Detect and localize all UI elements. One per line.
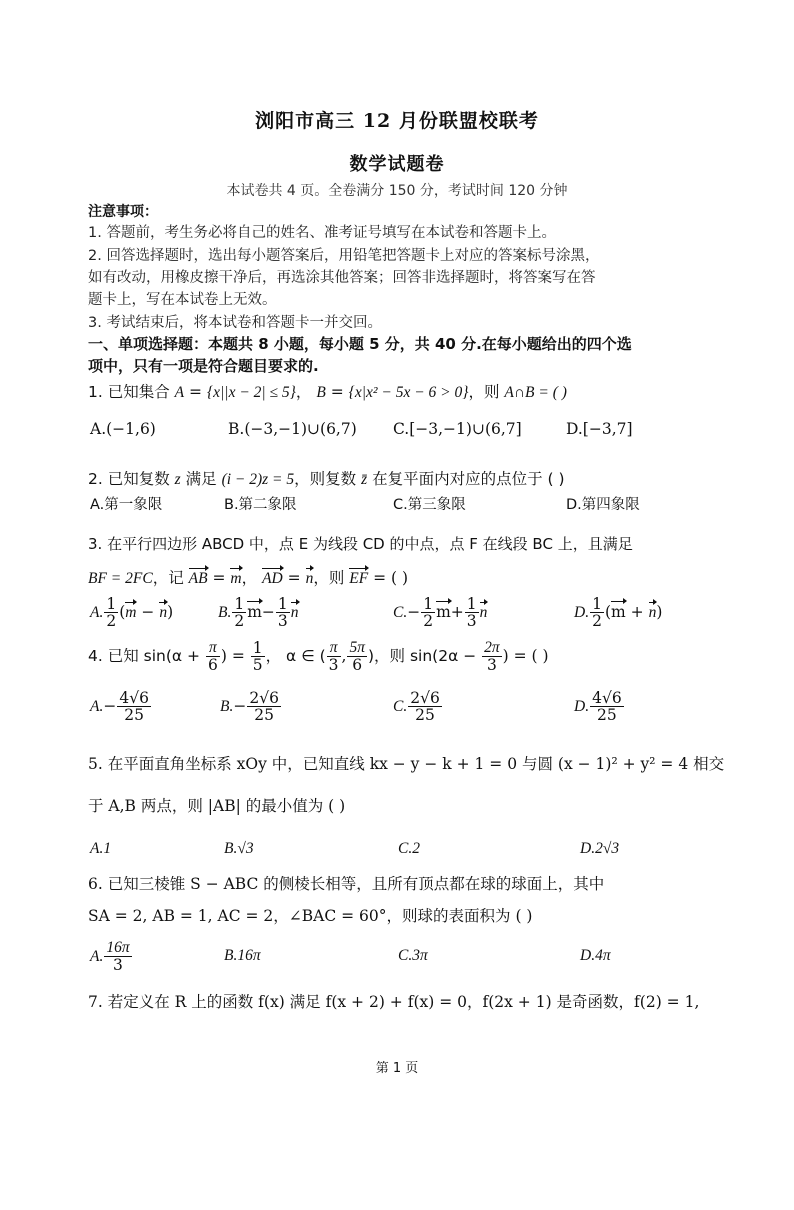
exam-page: 浏阳市高三 12 月份联盟校联考 数学试题卷 本试卷共 4 页。全卷满分 150… <box>0 0 794 1210</box>
question-5-stem-line-2: 于 A,B 两点，则 |AB| 的最小值为 ( ) <box>88 794 345 816</box>
question-6-stem-line-2: SA = 2, AB = 1, AC = 2，∠BAC = 60°，则球的表面积… <box>88 904 532 926</box>
note-line-5: 3. 考试结束后，将本试卷和答题卡一并交回。 <box>88 311 382 332</box>
question-1-option-a: A.(−1,6) <box>90 420 156 438</box>
question-1-option-d: D.[−3,7] <box>566 420 633 438</box>
question-6-option-c: C.3π <box>398 947 428 965</box>
question-3-stem-line-2: BF = 2FC，记 AB = m， AD = n，则 EF = ( ) <box>88 566 408 588</box>
question-6-option-d: D.4π <box>580 947 611 965</box>
question-1-option-b: B.(−3,−1)∪(6,7) <box>228 420 357 438</box>
question-2-option-b: B.第二象限 <box>224 493 297 514</box>
note-line-2: 2. 回答选择题时，选出每小题答案后，用铅笔把答题卡上对应的答案标号涂黑， <box>88 244 599 265</box>
question-3-option-a: A.12(m − n) <box>90 596 173 630</box>
question-4-option-d: D.4√625 <box>574 690 625 724</box>
question-3-option-d: D.12(m + n) <box>574 596 662 630</box>
question-2-option-d: D.第四象限 <box>566 493 640 514</box>
question-6-option-b: B.16π <box>224 947 261 965</box>
exam-subtitle: 数学试题卷 <box>0 150 794 176</box>
question-7-stem: 7. 若定义在 R 上的函数 f(x) 满足 f(x + 2) + f(x) =… <box>88 990 699 1012</box>
question-4-option-b: B.−2√625 <box>220 690 282 724</box>
note-line-3: 如有改动，用橡皮擦干净后，再选涂其他答案；回答非选择题时，将答案写在答 <box>88 266 596 287</box>
question-3-option-b: B.12m−13n <box>218 596 299 630</box>
note-line-4: 题卡上，写在本试卷上无效。 <box>88 288 277 309</box>
page-number: 第 1 页 <box>0 1057 794 1076</box>
question-4-option-c: C.2√625 <box>393 690 443 724</box>
section-heading-line-1: 一、单项选择题：本题共 8 小题，每小题 5 分，共 40 分.在每小题给出的四… <box>88 333 632 354</box>
question-2-option-c: C.第三象限 <box>393 493 466 514</box>
question-5-stem-line-1: 5. 在平面直角坐标系 xOy 中，已知直线 kx − y − k + 1 = … <box>88 752 724 774</box>
question-5-option-b: B.√3 <box>224 840 254 858</box>
question-6-option-a: A.16π3 <box>90 940 133 974</box>
question-5-option-a: A.1 <box>90 840 111 858</box>
exam-info: 本试卷共 4 页。全卷满分 150 分，考试时间 120 分钟 <box>0 180 794 200</box>
question-4-stem: 4. 已知 sin(α + π6) = 15， α ∈ (π3,5π6)，则 s… <box>88 640 549 674</box>
notes-heading: 注意事项： <box>88 201 158 221</box>
question-3-stem-line-1: 3. 在平行四边形 ABCD 中，点 E 为线段 CD 的中点，点 F 在线段 … <box>88 533 633 554</box>
question-4-option-a: A.−4√625 <box>90 690 152 724</box>
question-2-stem: 2. 已知复数 z 满足 (i − 2)z = 5，则复数 z̄ 在复平面内对应… <box>88 467 565 489</box>
note-line-1: 1. 答题前，考生务必将自己的姓名、准考证号填写在本试卷和答题卡上。 <box>88 221 556 242</box>
question-6-stem-line-1: 6. 已知三棱锥 S − ABC 的侧棱长相等，且所有顶点都在球的球面上，其中 <box>88 872 604 894</box>
question-5-option-d: D.2√3 <box>580 840 619 858</box>
section-heading-line-2: 项中，只有一项是符合题目要求的. <box>88 355 319 376</box>
exam-title: 浏阳市高三 12 月份联盟校联考 <box>0 106 794 133</box>
question-3-option-c: C.−12m+13n <box>393 596 487 630</box>
question-2-option-a: A.第一象限 <box>90 493 162 514</box>
question-1-option-c: C.[−3,−1)∪(6,7] <box>393 420 522 438</box>
question-5-option-c: C.2 <box>398 840 420 858</box>
question-1-stem: 1. 已知集合 A = {x||x − 2| ≤ 5}， B = {x|x² −… <box>88 380 567 402</box>
